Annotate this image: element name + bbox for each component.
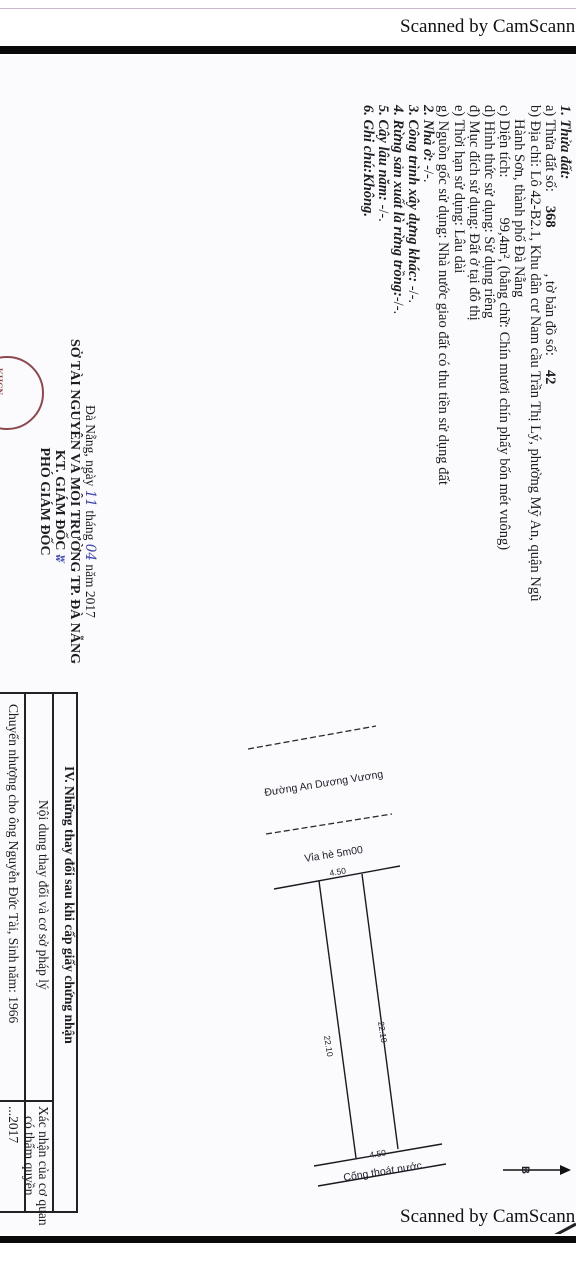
- left-length-label: 22.10: [322, 1035, 335, 1058]
- road-edge-bottom: [266, 814, 392, 834]
- changes-col-confirm-line1: Xác nhận của cơ quan: [36, 1106, 50, 1226]
- right-length-label: 22.10: [376, 1021, 389, 1044]
- changes-table-title: IV. Những thay đổi sau khi cấp giấy chứn…: [63, 766, 77, 1044]
- parcel-left-boundary: [319, 881, 356, 1158]
- road-label: Đường An Dương Vương: [264, 768, 385, 799]
- scan-border-bottom: [0, 1236, 576, 1243]
- changes-col-confirm: Xác nhận của cơ quan có thẩm quyền: [22, 1106, 50, 1226]
- back-width-label: 4.50: [369, 1147, 387, 1160]
- camscanner-watermark-top: Scanned by CamScanner: [400, 16, 576, 38]
- drain-label: Cống thoát nước: [343, 1160, 423, 1184]
- parcel-right-boundary: [362, 874, 398, 1149]
- parcel-diagram: Đường An Dương Vương Vỉa hè 5m00 4.50 22…: [0, 56, 576, 1234]
- scan-border-top: [0, 46, 576, 54]
- changes-col-content: Nội dung thay đổi và cơ sở pháp lý: [37, 800, 51, 990]
- north-label: B: [519, 1166, 531, 1174]
- north-arrow-icon: [503, 1165, 571, 1175]
- sidewalk-label: Vỉa hè 5m00: [304, 844, 364, 865]
- changes-row-content: Chuyển nhượng cho ông Nguyễn Đức Tài, Si…: [7, 704, 21, 1023]
- scan-edge-line: [0, 8, 576, 9]
- changes-col-confirm-line2: có thẩm quyền: [22, 1106, 36, 1226]
- changes-row-confirm: ...2017: [7, 1106, 21, 1143]
- road-edge-top: [248, 726, 376, 749]
- scanned-page: 1. Thửa đất: a) Thửa đất số:368, tờ bản …: [0, 56, 576, 1234]
- camscanner-watermark-bottom: Scanned by CamScanner: [400, 1206, 576, 1228]
